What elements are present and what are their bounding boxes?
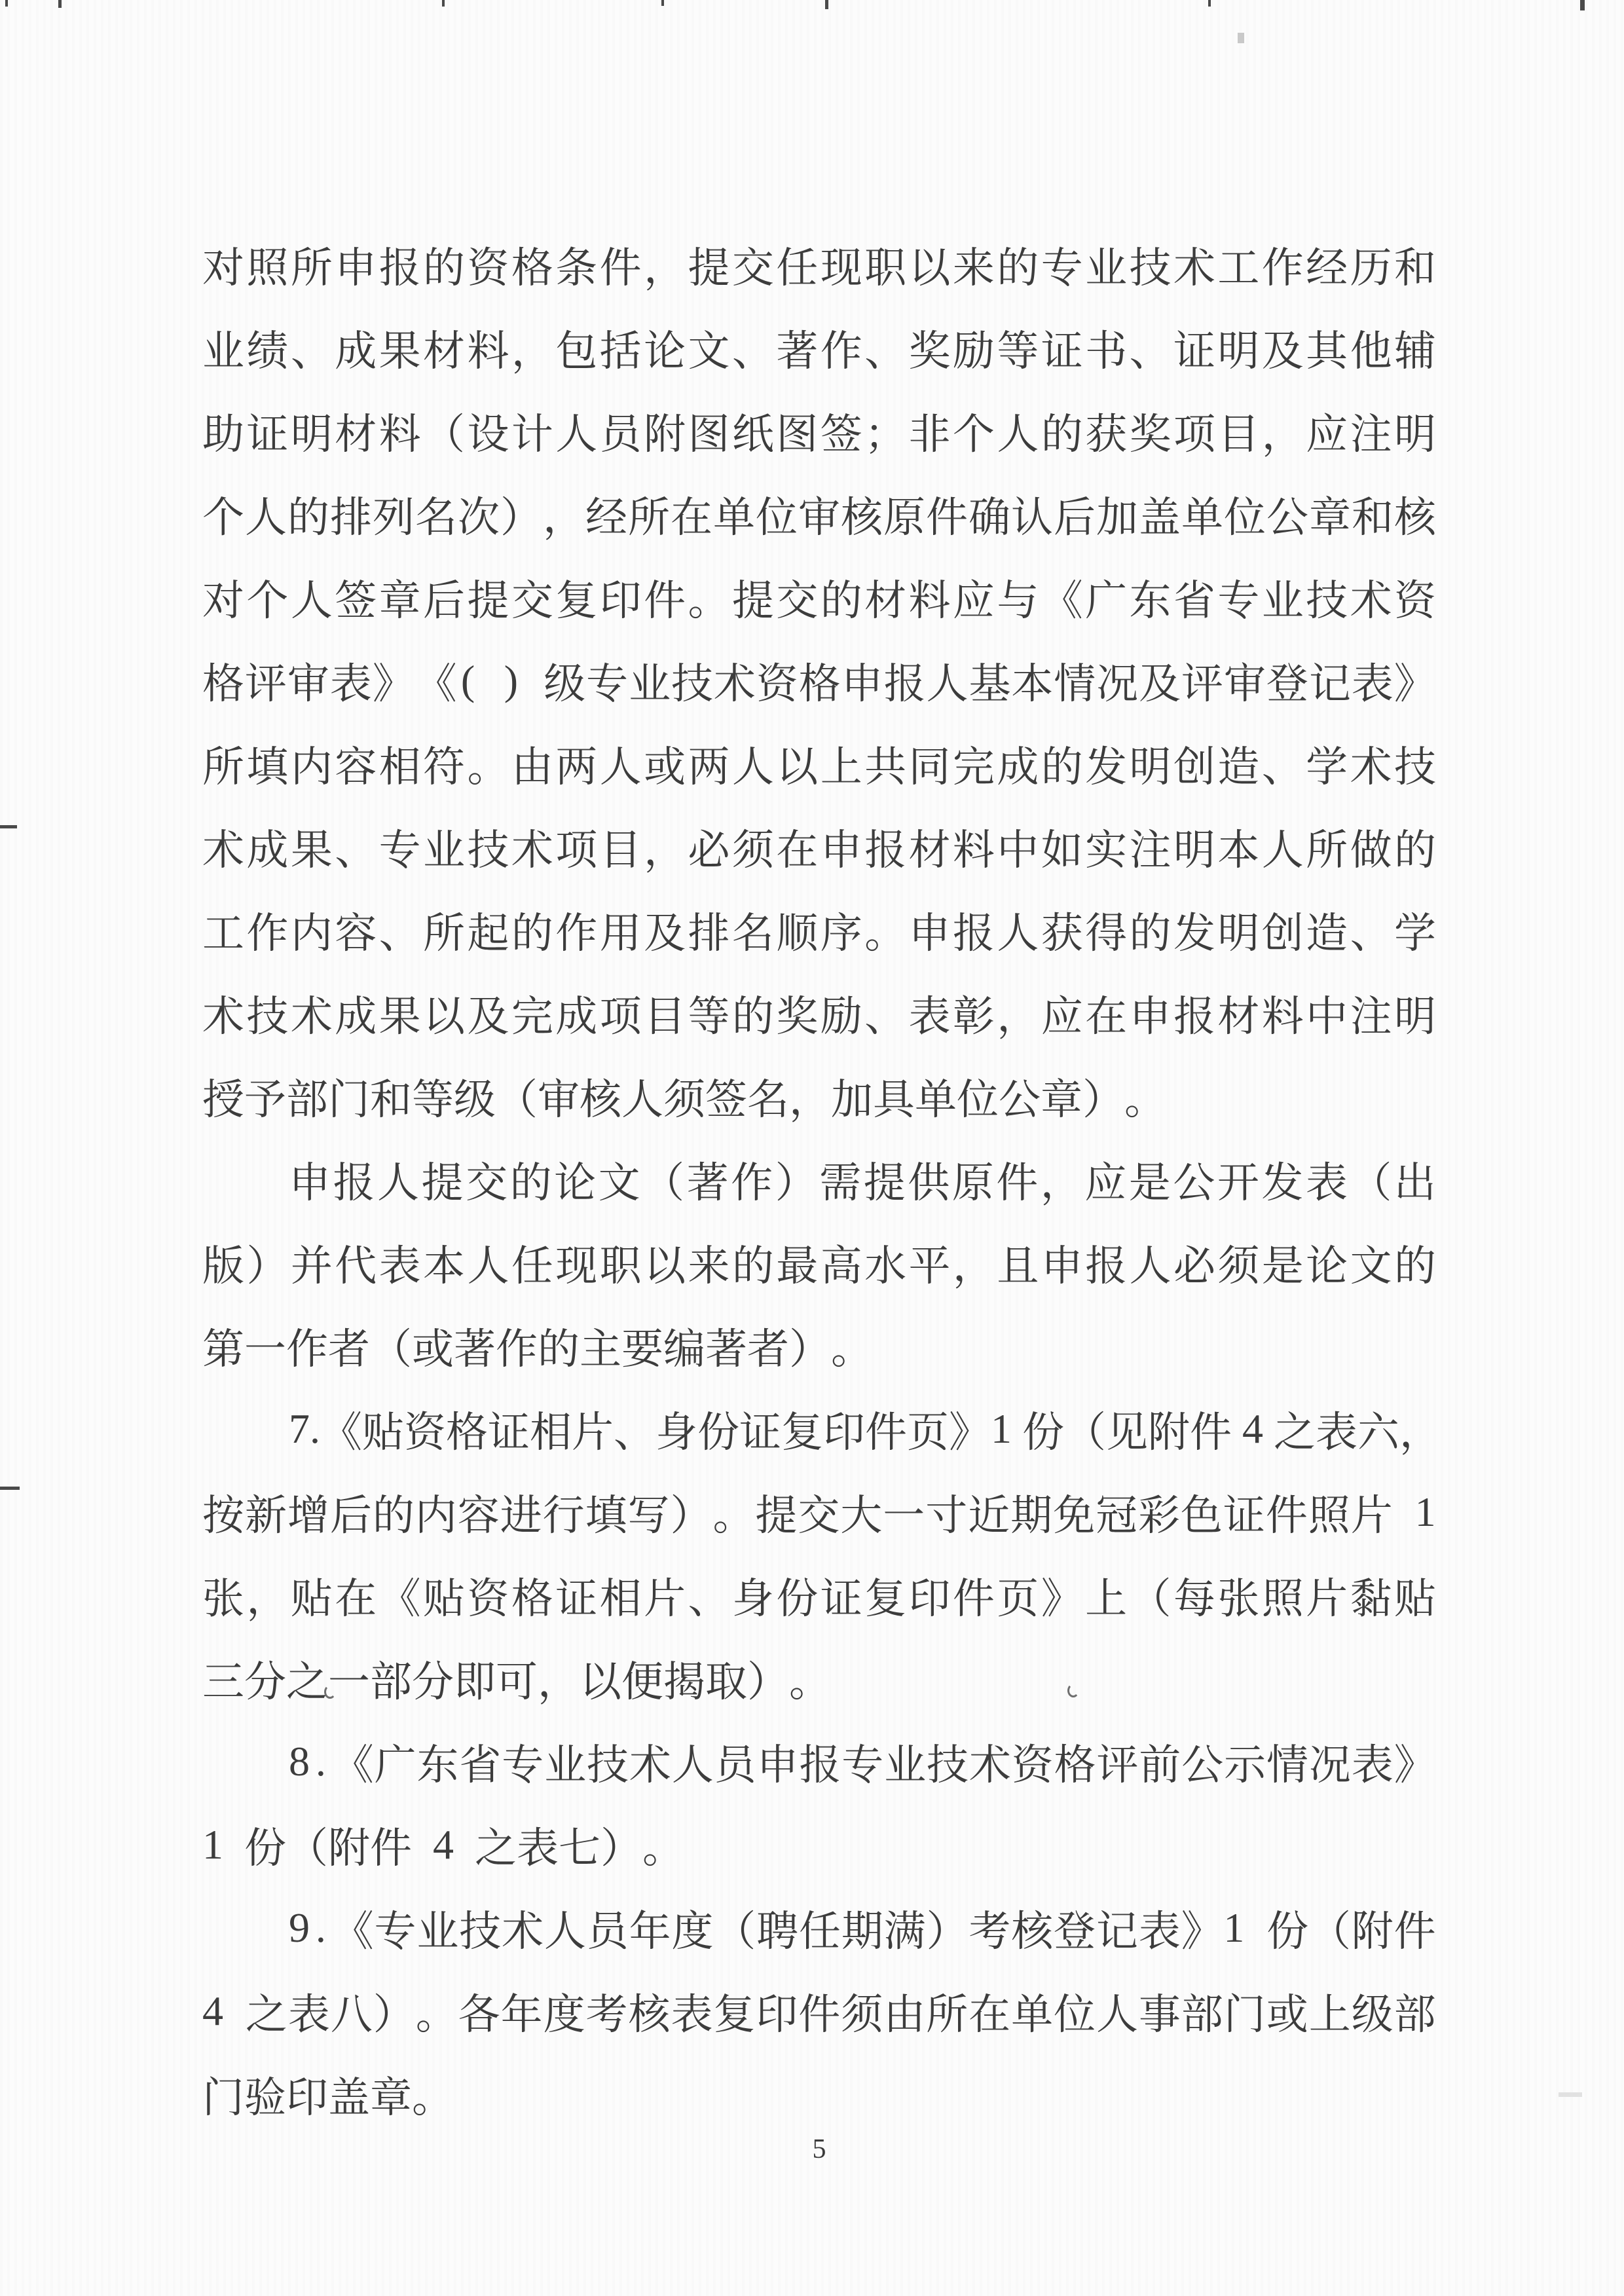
text-line: 按新增后的内容进行填写）。提交大一寸近期免冠彩色证件照片 1 [202,1470,1436,1553]
text-line: 助证明材料（设计人员附图纸图签；非个人的获奖项目，应注明 [202,389,1436,472]
text-line: 对个人签章后提交复印件。提交的材料应与《广东省专业技术资 [202,555,1436,639]
scan-artifact [1238,33,1244,43]
text-line: 术成果、专业技术项目，必须在申报材料中如实注明本人所做的 [202,805,1436,888]
text-line: 授予部门和等级（审核人须签名，加具单位公章）。 [202,1054,1436,1138]
text-line: 个人的排列名次），经所在单位审核原件确认后加盖单位公章和核 [202,472,1436,555]
text-line: 业绩、成果材料，包括论文、著作、奖励等证书、证明及其他辅 [202,306,1436,389]
text-line: 第一作者（或著作的主要编著者）。 [202,1304,1436,1387]
text-line: 格评审表》《( ) 级专业技术资格申报人基本情况及评审登记表》 [202,639,1436,722]
scan-artifact [1067,1684,1079,1697]
scan-artifact [1559,2092,1582,2097]
text-line: 9.《专业技术人员年度（聘任期满）考核登记表》1 份（附件 [202,1886,1436,1969]
text-line: 工作内容、所起的作用及排名顺序。申报人获得的发明创造、学 [202,888,1436,971]
page-number: 5 [202,2130,1436,2169]
scan-artifact [58,0,62,8]
scan-artifact [0,825,17,828]
scan-artifact [442,0,445,7]
text-line: 门验印盖章。 [202,2052,1436,2136]
scan-artifact [0,1487,20,1490]
scan-artifact [825,0,828,9]
text-line: 所填内容相符。由两人或两人以上共同完成的发明创造、学术技 [202,722,1436,805]
text-line: 张，贴在《贴资格证相片、身份证复印件页》上（每张照片黏贴 [202,1553,1436,1637]
scan-artifact [1208,0,1211,7]
text-line: 7.《贴资格证相片、身份证复印件页》1 份（见附件 4 之表六， [202,1387,1436,1470]
text-line: 申报人提交的论文（著作）需提供原件，应是公开发表（出 [202,1138,1436,1221]
text-line: 1 份（附件 4 之表七）。 [202,1803,1436,1886]
text-line: 术技术成果以及完成项目等的奖励、表彰，应在申报材料中注明 [202,971,1436,1054]
text-line: 三分之一部分即可，以便揭取）。 [202,1637,1436,1720]
text-block: 对照所申报的资格条件，提交任现职以来的专业技术工作经历和业绩、成果材料，包括论文… [202,223,1436,2136]
scan-artifact [661,0,664,6]
document-page: 对照所申报的资格条件，提交任现职以来的专业技术工作经历和业绩、成果材料，包括论文… [0,0,1624,2296]
scan-artifact [1580,0,1585,10]
text-line: 对照所申报的资格条件，提交任现职以来的专业技术工作经历和 [202,223,1436,306]
text-line: 版）并代表本人任现职以来的最高水平，且申报人必须是论文的 [202,1221,1436,1304]
text-line: 8.《广东省专业技术人员申报专业技术资格评前公示情况表》 [202,1720,1436,1803]
scan-artifact [324,1685,336,1699]
scan-artifact [5,0,8,7]
text-line: 4 之表八）。各年度考核表复印件须由所在单位人事部门或上级部 [202,1969,1436,2052]
